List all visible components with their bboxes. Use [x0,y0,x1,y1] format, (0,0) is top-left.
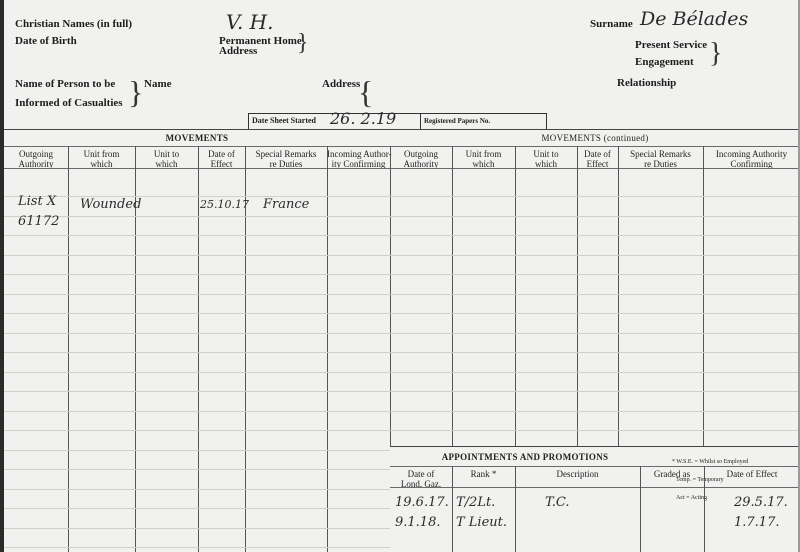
casualty-label-line2: Informed of Casualties [15,97,123,109]
surname-label: Surname [590,18,633,30]
appointment-rank: T/2Lt. [456,495,495,510]
divider [420,113,421,129]
column-divider [515,466,516,552]
ruled-line [390,430,798,431]
engagement-label: Engagement [635,56,694,68]
column-divider [704,466,705,552]
date-of-birth-label: Date of Birth [15,35,77,47]
column-header: Incoming Author- ity Confirming [327,149,390,169]
ruled-line [390,333,798,334]
ruled-line [4,255,390,256]
column-header: Date of Lond. Gaz. [390,469,452,487]
column-header: Unit to which [515,149,577,169]
appointment-description: T.C. [545,495,570,510]
christian-names-label: Christian Names (in full) [15,18,132,30]
ruled-line [4,235,390,236]
ruled-line [4,469,390,470]
column-header: Graded as [640,469,704,487]
ruled-line [4,313,390,314]
ruled-line [390,352,798,353]
ruled-line [4,528,390,529]
ruled-line [390,294,798,295]
address-label: Address [322,78,360,90]
column-divider [640,466,641,552]
ruled-line [4,391,390,392]
divider [546,113,547,129]
relationship-label: Relationship [617,77,676,89]
ruled-line [390,216,798,217]
column-divider [198,146,199,552]
permanent-home-label: Permanent Home Address [219,36,302,56]
ruled-line [4,411,390,412]
column-divider [577,146,578,446]
column-header: Description [515,469,640,487]
column-header: Special Remarks re Duties [245,149,327,169]
ruled-line [390,372,798,373]
date-sheet-started-label: Date Sheet Started [252,116,316,125]
divider [248,113,547,114]
appointment-date-gaz: 19.6.17. [395,495,449,510]
ruled-line [390,411,798,412]
appointment-rank: T Lieut. [456,515,507,530]
ruled-line [390,391,798,392]
appointment-date-of-effect: 1.7.17. [734,515,779,530]
movement-outgoing-authority: List X 61172 [18,192,62,232]
ruled-line [4,274,390,275]
name-label: Name [144,78,172,90]
appointment-date-gaz: 9.1.18. [395,515,440,530]
header-divider [4,129,800,130]
column-header: Outgoing Authority [390,149,452,169]
column-divider [327,146,328,552]
ruled-line [4,508,390,509]
casualty-label-line1: Name of Person to be [15,78,115,90]
brace-icon: { [358,74,373,111]
movements-continued-title: MOVEMENTS (continued) [390,133,800,143]
brace-icon: } [128,74,143,111]
divider [248,113,249,129]
ruled-line [390,235,798,236]
ruled-line [4,450,390,451]
surname-value: De Bélades [640,8,748,30]
column-header: Unit from which [452,149,515,169]
column-header: Special Remarks re Duties [618,149,703,169]
brace-icon: } [297,30,309,57]
ruled-line [4,352,390,353]
column-header: Date of Effect [198,149,245,169]
column-header: Date of Effect [704,469,800,487]
brace-icon: } [709,38,722,70]
column-header: Date of Effect [577,149,618,169]
ruled-line [4,489,390,490]
ruled-line [390,313,798,314]
ruled-line [4,333,390,334]
column-divider [515,146,516,446]
header-bottom-divider [4,168,800,169]
divider [4,146,390,147]
column-divider [618,146,619,446]
ruled-line [4,294,390,295]
ruled-line [390,196,798,197]
movements-title: MOVEMENTS [4,133,390,143]
column-header: Rank * [452,469,515,487]
appointments-title: APPOINTMENTS AND PROMOTIONS [390,452,660,462]
registered-papers-label: Registered Papers No. [424,117,490,125]
column-divider [452,466,453,552]
date-sheet-started-value: 26. 2.19 [330,109,396,128]
movement-date-of-effect: 25.10.17 [200,198,249,211]
ruled-line [4,430,390,431]
ruled-line [4,547,390,548]
appointment-date-of-effect: 29.5.17. [734,495,788,510]
column-divider [68,146,69,552]
ruled-line [390,255,798,256]
column-divider [452,146,453,446]
column-header: Incoming Authority Confirming [703,149,800,169]
movement-special-remarks: France [263,197,309,212]
column-header: Unit to which [135,149,198,169]
present-service-label: Present Service [635,39,707,51]
movement-unit-from: Wounded [80,197,141,212]
ruled-line [390,274,798,275]
ruled-line [4,372,390,373]
column-header: Outgoing Authority [4,149,68,169]
column-divider [703,146,704,446]
column-header: Unit from which [68,149,135,169]
christian-names-value: V. H. [226,10,273,34]
